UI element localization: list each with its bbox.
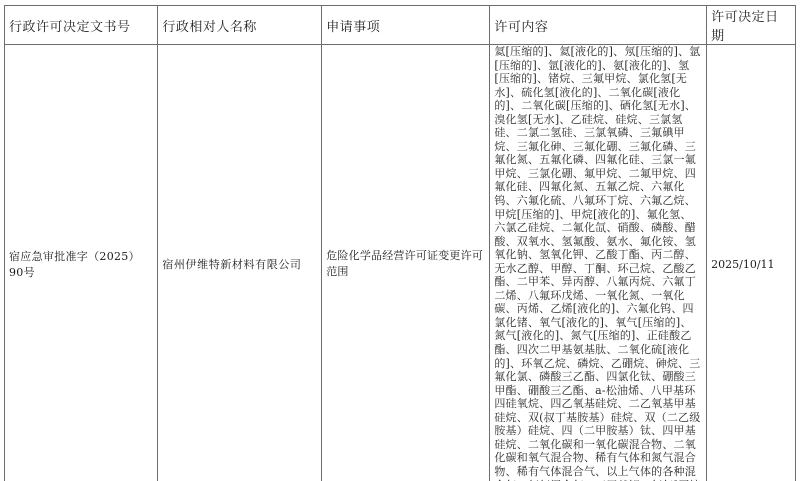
header-permit-content: 许可内容: [490, 6, 707, 45]
decision-date-cell: 2025/10/11: [707, 45, 796, 481]
header-row: 行政许可决定文书号 行政相对人名称 申请事项 许可内容 许可决定日期: [5, 6, 796, 45]
header-party-name: 行政相对人名称: [158, 6, 322, 45]
party-name-cell: 宿州伊维特新材料有限公司: [158, 45, 322, 481]
header-doc-number: 行政许可决定文书号: [5, 6, 158, 45]
application-item-cell: 危险化学品经营许可证变更许可范围: [322, 45, 490, 481]
header-application-item: 申请事项: [322, 6, 490, 45]
permit-content-text: 氦[压缩的]、氦[液化的]、氖[压缩的]、氩[压缩的]、氩[液化的]、氨[液化的…: [494, 45, 702, 481]
doc-number-cell: 宿应急审批准字（2025）90号: [5, 45, 158, 481]
table-row: 宿应急审批准字（2025）90号 宿州伊维特新材料有限公司 危险化学品经营许可证…: [5, 45, 796, 481]
header-decision-date: 许可决定日期: [707, 6, 796, 45]
permit-table: 行政许可决定文书号 行政相对人名称 申请事项 许可内容 许可决定日期 宿应急审批…: [4, 5, 796, 481]
permit-content-cell: 氦[压缩的]、氦[液化的]、氖[压缩的]、氩[压缩的]、氩[液化的]、氨[液化的…: [490, 45, 707, 481]
